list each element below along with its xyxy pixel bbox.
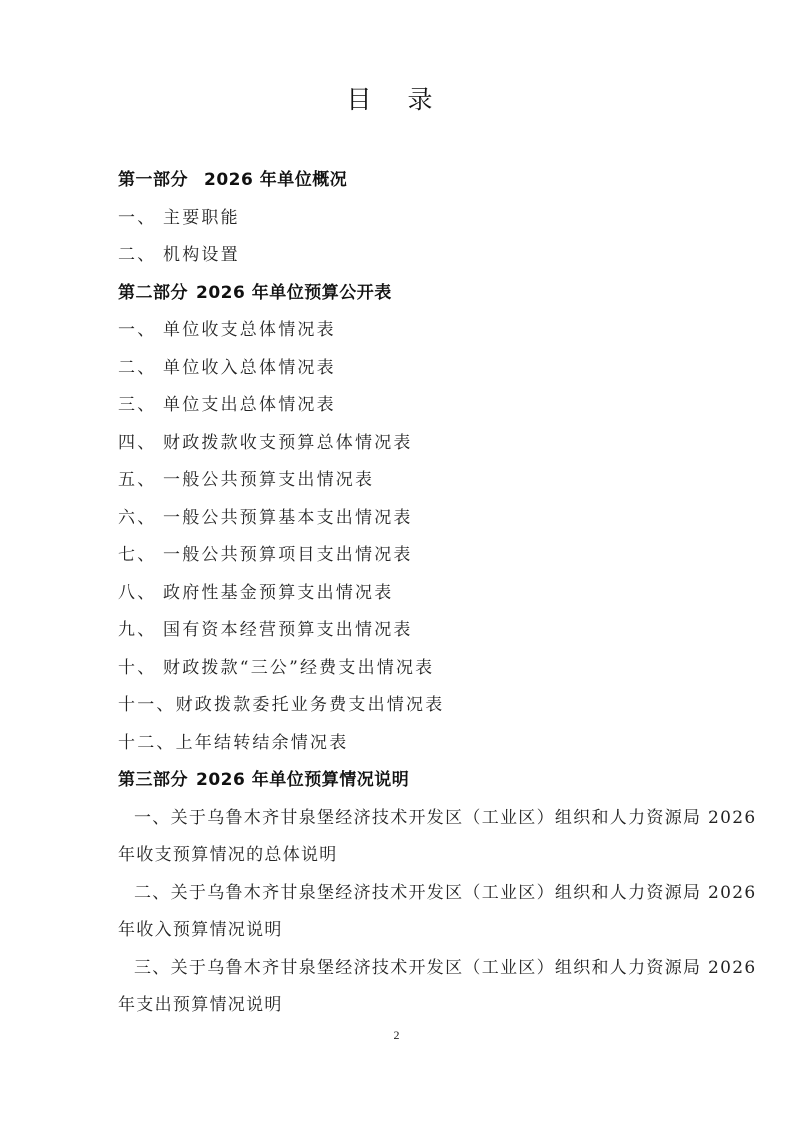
item-line-2: 年支出预算情况说明 [118, 987, 720, 1025]
item-label: 一般公共预算支出情况表 [163, 470, 374, 490]
item-label: 一般公共预算项目支出情况表 [163, 545, 413, 565]
item-label: 一般公共预算基本支出情况表 [163, 508, 413, 528]
item-label: 单位支出总体情况表 [163, 395, 336, 415]
part-label: 第二部分 [118, 283, 188, 303]
toc-item[interactable]: 二、关于乌鲁木齐甘泉堡经济技术开发区（工业区）组织和人力资源局 2026 年收入… [118, 875, 720, 950]
toc-item[interactable]: 十一、财政拨款委托业务费支出情况表 [118, 687, 720, 725]
table-of-contents: 第一部分2026 年单位概况 一、主要职能 二、机构设置 第二部分2026 年单… [118, 162, 720, 1025]
item-line-2: 年收入预算情况说明 [118, 912, 720, 950]
toc-title: 目 录 [0, 80, 793, 116]
item-label: 财政拨款委托业务费支出情况表 [176, 695, 445, 715]
toc-item[interactable]: 一、单位收支总体情况表 [118, 312, 720, 350]
item-index: 八、 [118, 575, 163, 613]
part-title: 2026 年单位预算公开表 [196, 283, 392, 303]
part-title: 2026 年单位概况 [204, 170, 347, 190]
item-index: 三、 [118, 387, 163, 425]
part-label: 第三部分 [118, 770, 188, 790]
item-label: 国有资本经营预算支出情况表 [163, 620, 413, 640]
part-label: 第一部分 [118, 170, 188, 190]
item-label: 上年结转结余情况表 [176, 733, 349, 753]
toc-item[interactable]: 二、机构设置 [118, 237, 720, 275]
toc-part-2-heading[interactable]: 第二部分2026 年单位预算公开表 [118, 275, 720, 313]
toc-item[interactable]: 十二、上年结转结余情况表 [118, 725, 720, 763]
toc-item[interactable]: 三、关于乌鲁木齐甘泉堡经济技术开发区（工业区）组织和人力资源局 2026 年支出… [118, 950, 720, 1025]
toc-item[interactable]: 五、一般公共预算支出情况表 [118, 462, 720, 500]
item-label: 主要职能 [163, 208, 240, 228]
item-index: 一、 [118, 312, 163, 350]
item-index: 六、 [118, 500, 163, 538]
item-line-1: 三、关于乌鲁木齐甘泉堡经济技术开发区（工业区）组织和人力资源局 2026 [134, 950, 720, 988]
toc-item[interactable]: 六、一般公共预算基本支出情况表 [118, 500, 720, 538]
item-line-2: 年收支预算情况的总体说明 [118, 837, 720, 875]
item-label: 财政拨款“三公”经费支出情况表 [163, 658, 434, 678]
toc-item[interactable]: 九、国有资本经营预算支出情况表 [118, 612, 720, 650]
document-page: 目 录 第一部分2026 年单位概况 一、主要职能 二、机构设置 第二部分202… [0, 0, 793, 1122]
toc-item[interactable]: 四、财政拨款收支预算总体情况表 [118, 425, 720, 463]
item-index: 七、 [118, 537, 163, 575]
toc-item[interactable]: 七、一般公共预算项目支出情况表 [118, 537, 720, 575]
item-index: 九、 [118, 612, 163, 650]
toc-item[interactable]: 二、单位收入总体情况表 [118, 350, 720, 388]
item-index: 一、 [118, 200, 163, 238]
toc-item[interactable]: 一、关于乌鲁木齐甘泉堡经济技术开发区（工业区）组织和人力资源局 2026 年收支… [118, 800, 720, 875]
item-index: 十一、 [118, 687, 176, 725]
item-label: 财政拨款收支预算总体情况表 [163, 433, 413, 453]
item-label: 机构设置 [163, 245, 240, 265]
page-number: 2 [0, 1028, 793, 1043]
item-label: 单位收入总体情况表 [163, 358, 336, 378]
toc-part-3-heading[interactable]: 第三部分2026 年单位预算情况说明 [118, 762, 720, 800]
item-line-1: 一、关于乌鲁木齐甘泉堡经济技术开发区（工业区）组织和人力资源局 2026 [134, 800, 720, 838]
item-index: 二、 [118, 350, 163, 388]
item-index: 四、 [118, 425, 163, 463]
part-title: 2026 年单位预算情况说明 [196, 770, 409, 790]
toc-part-1-heading[interactable]: 第一部分2026 年单位概况 [118, 162, 720, 200]
item-index: 十、 [118, 650, 163, 688]
toc-item[interactable]: 十、财政拨款“三公”经费支出情况表 [118, 650, 720, 688]
item-line-1: 二、关于乌鲁木齐甘泉堡经济技术开发区（工业区）组织和人力资源局 2026 [134, 875, 720, 913]
item-index: 十二、 [118, 725, 176, 763]
item-index: 二、 [118, 237, 163, 275]
item-label: 政府性基金预算支出情况表 [163, 583, 393, 603]
item-label: 单位收支总体情况表 [163, 320, 336, 340]
toc-item[interactable]: 八、政府性基金预算支出情况表 [118, 575, 720, 613]
toc-item[interactable]: 一、主要职能 [118, 200, 720, 238]
toc-item[interactable]: 三、单位支出总体情况表 [118, 387, 720, 425]
item-index: 五、 [118, 462, 163, 500]
